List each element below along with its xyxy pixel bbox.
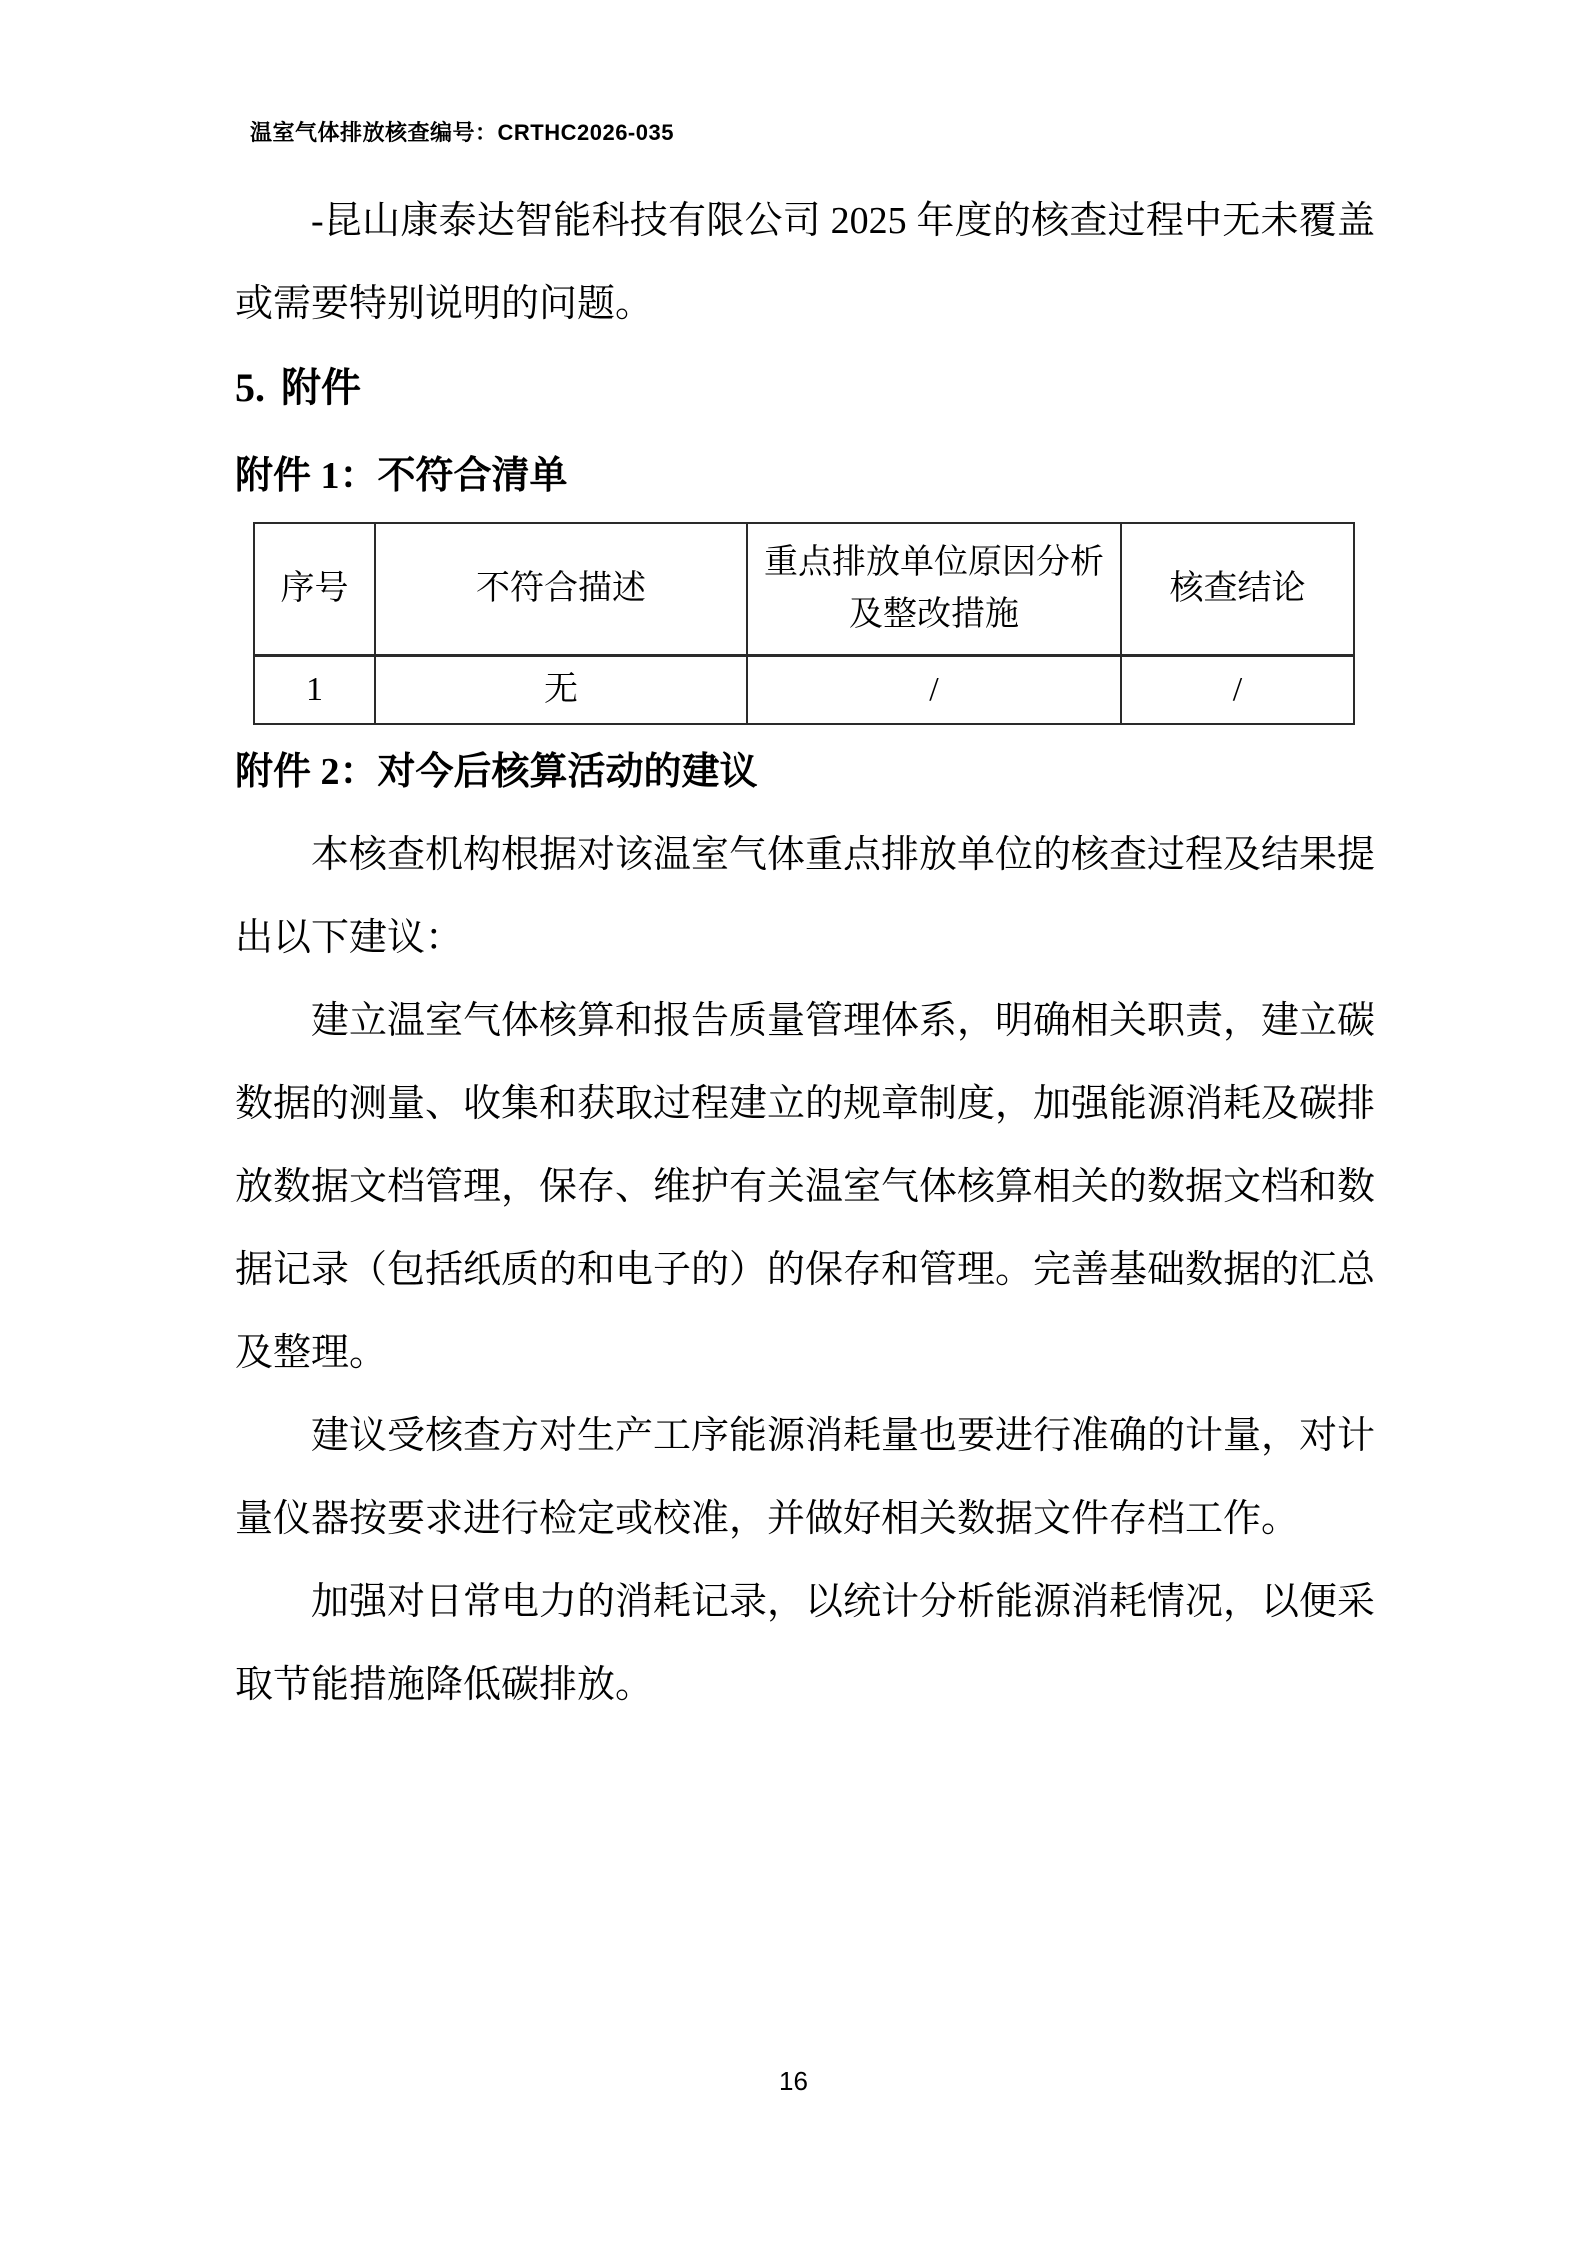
- cell-index: 1: [254, 656, 375, 725]
- cell-cause-analysis: /: [747, 656, 1121, 725]
- cell-nonconformity-description: 无: [375, 656, 747, 725]
- intro-paragraph: -昆山康泰达智能科技有限公司 2025 年度的核查过程中无未覆盖或需要特别说明的…: [235, 180, 1375, 346]
- section-heading-attachments: 5.附件: [235, 346, 1375, 429]
- section-number: 5.: [235, 365, 265, 410]
- document-page: 温室气体排放核查编号：CRTHC2026-035 -昆山康泰达智能科技有限公司 …: [0, 0, 1587, 2245]
- col-header-cause-analysis: 重点排放单位原因分析及整改措施: [747, 523, 1121, 656]
- col-header-verification-conclusion: 核查结论: [1121, 523, 1354, 656]
- col-header-nonconformity-description: 不符合描述: [375, 523, 747, 656]
- table-row: 1 无 / /: [254, 656, 1354, 725]
- suggestion-paragraph-quality-system: 建立温室气体核算和报告质量管理体系，明确相关职责，建立碳数据的测量、收集和获取过…: [235, 980, 1375, 1395]
- section-title: 附件: [281, 365, 361, 410]
- attachment2-heading: 附件 2：对今后核算活动的建议: [235, 731, 1375, 814]
- suggestion-intro-paragraph: 本核查机构根据对该温室气体重点排放单位的核查过程及结果提出以下建议：: [235, 814, 1375, 980]
- nonconformity-table: 序号 不符合描述 重点排放单位原因分析及整改措施 核查结论 1 无 / /: [253, 522, 1355, 725]
- cell-verification-conclusion: /: [1121, 656, 1354, 725]
- doc-header: 温室气体排放核查编号：CRTHC2026-035: [250, 116, 674, 147]
- suggestion-paragraph-metering: 建议受核查方对生产工序能源消耗量也要进行准确的计量，对计量仪器按要求进行检定或校…: [235, 1395, 1375, 1561]
- content-area: -昆山康泰达智能科技有限公司 2025 年度的核查过程中无未覆盖或需要特别说明的…: [235, 180, 1375, 1727]
- page-number: 16: [0, 2066, 1587, 2097]
- col-header-index: 序号: [254, 523, 375, 656]
- attachment1-heading: 附件 1：不符合清单: [235, 435, 1375, 518]
- suggestion-paragraph-electricity-records: 加强对日常电力的消耗记录，以统计分析能源消耗情况，以便采取节能措施降低碳排放。: [235, 1561, 1375, 1727]
- table-header-row: 序号 不符合描述 重点排放单位原因分析及整改措施 核查结论: [254, 523, 1354, 656]
